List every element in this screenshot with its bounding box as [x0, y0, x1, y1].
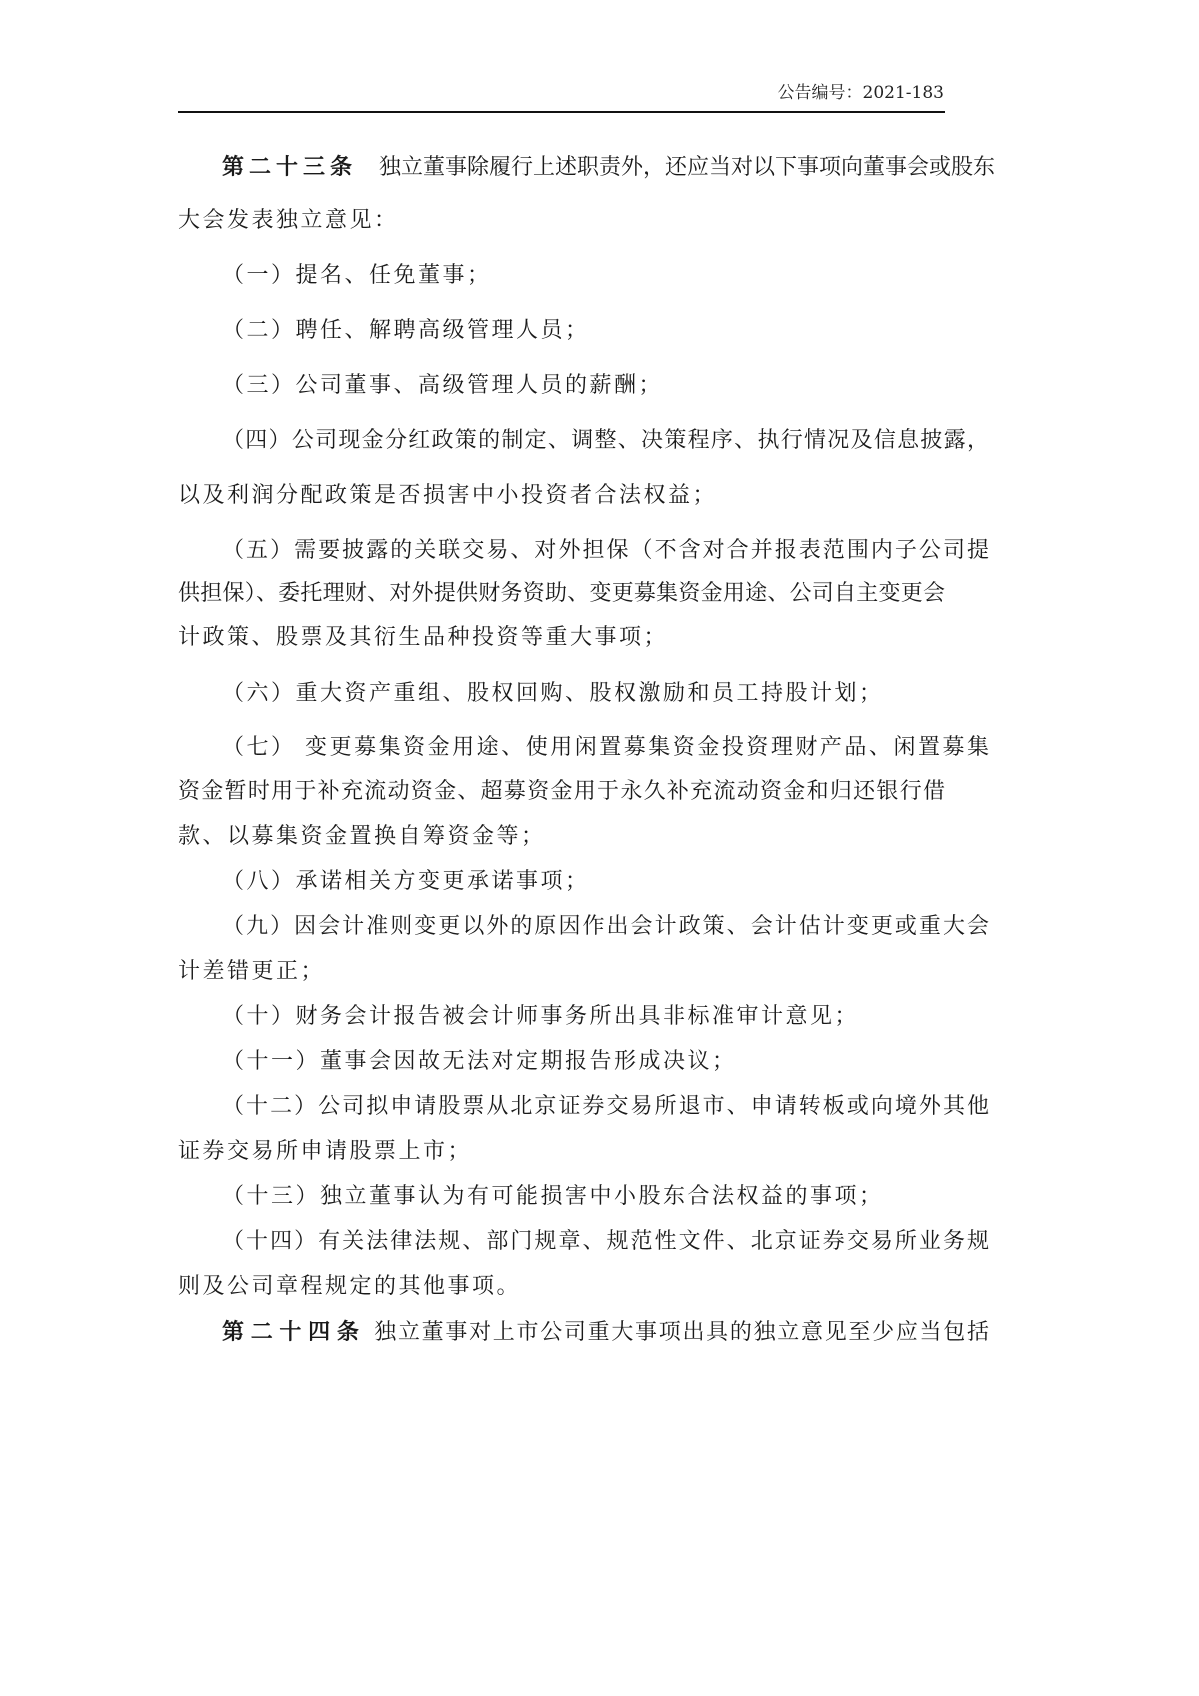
list-item-14-line1: （十四）有关法律法规、部门规章、规范性文件、北京证券交易所业务规 — [222, 1228, 989, 1256]
list-item-5-line2: 供担保）、委托理财、对外提供财务资助、变更募集资金用途、公司自主变更会 — [178, 580, 945, 608]
list-item-2: （二）聘任、解聘高级管理人员； — [222, 317, 989, 345]
list-item-7-line1: （七） 变更募集资金用途、使用闲置募集资金投资理财产品、闲置募集 — [222, 734, 989, 762]
header-announcement-number: 公告编号：2021-183 — [778, 78, 944, 103]
list-item-9-line1: （九）因会计准则变更以外的原因作出会计政策、会计估计变更或重大会 — [222, 913, 989, 941]
list-item-9-line2: 计差错更正； — [178, 958, 945, 986]
list-item-5-line3: 计政策、股票及其衍生品种投资等重大事项； — [178, 624, 945, 652]
list-item-12-line1: （十二）公司拟申请股票从北京证券交易所退市、申请转板或向境外其他 — [222, 1093, 989, 1121]
article-23-intro-text: 独立董事除履行上述职责外，还应当对以下事项向董事会或股东 — [379, 155, 995, 180]
article-23-intro-line1: 第二十三条 独立董事除履行上述职责外，还应当对以下事项向董事会或股东 — [222, 153, 989, 182]
list-item-4-line1: （四）公司现金分红政策的制定、调整、决策程序、执行情况及信息披露， — [222, 427, 989, 455]
article-24-line1: 第二十四条 独立董事对上市公司重大事项出具的独立意见至少应当包括 — [222, 1318, 989, 1347]
list-item-13: （十三）独立董事认为有可能损害中小股东合法权益的事项； — [222, 1183, 989, 1211]
list-item-4-line2: 以及利润分配政策是否损害中小投资者合法权益； — [178, 482, 945, 510]
list-item-11: （十一）董事会因故无法对定期报告形成决议； — [222, 1048, 989, 1076]
list-item-6: （六）重大资产重组、股权回购、股权激励和员工持股计划； — [222, 680, 989, 708]
header-divider — [178, 111, 945, 113]
article-23-title: 第二十三条 — [222, 154, 357, 180]
list-item-1: （一）提名、任免董事； — [222, 262, 989, 290]
list-item-7-line3: 款、以募集资金置换自筹资金等； — [178, 823, 945, 851]
list-item-12-line2: 证券交易所申请股票上市； — [178, 1138, 945, 1166]
list-item-10: （十）财务会计报告被会计师事务所出具非标准审计意见； — [222, 1003, 989, 1031]
list-item-5-line1: （五）需要披露的关联交易、对外担保（不含对合并报表范围内子公司提 — [222, 537, 989, 565]
article-24-text: 独立董事对上市公司重大事项出具的独立意见至少应当包括 — [374, 1320, 989, 1345]
list-item-7-line2: 资金暂时用于补充流动资金、超募资金用于永久补充流动资金和归还银行借 — [178, 778, 945, 806]
article-23-intro-line2: 大会发表独立意见： — [178, 207, 945, 235]
article-24-title: 第二十四条 — [222, 1319, 366, 1345]
list-item-14-line2: 则及公司章程规定的其他事项。 — [178, 1273, 945, 1301]
list-item-8: （八）承诺相关方变更承诺事项； — [222, 868, 989, 896]
list-item-3: （三）公司董事、高级管理人员的薪酬； — [222, 372, 989, 400]
